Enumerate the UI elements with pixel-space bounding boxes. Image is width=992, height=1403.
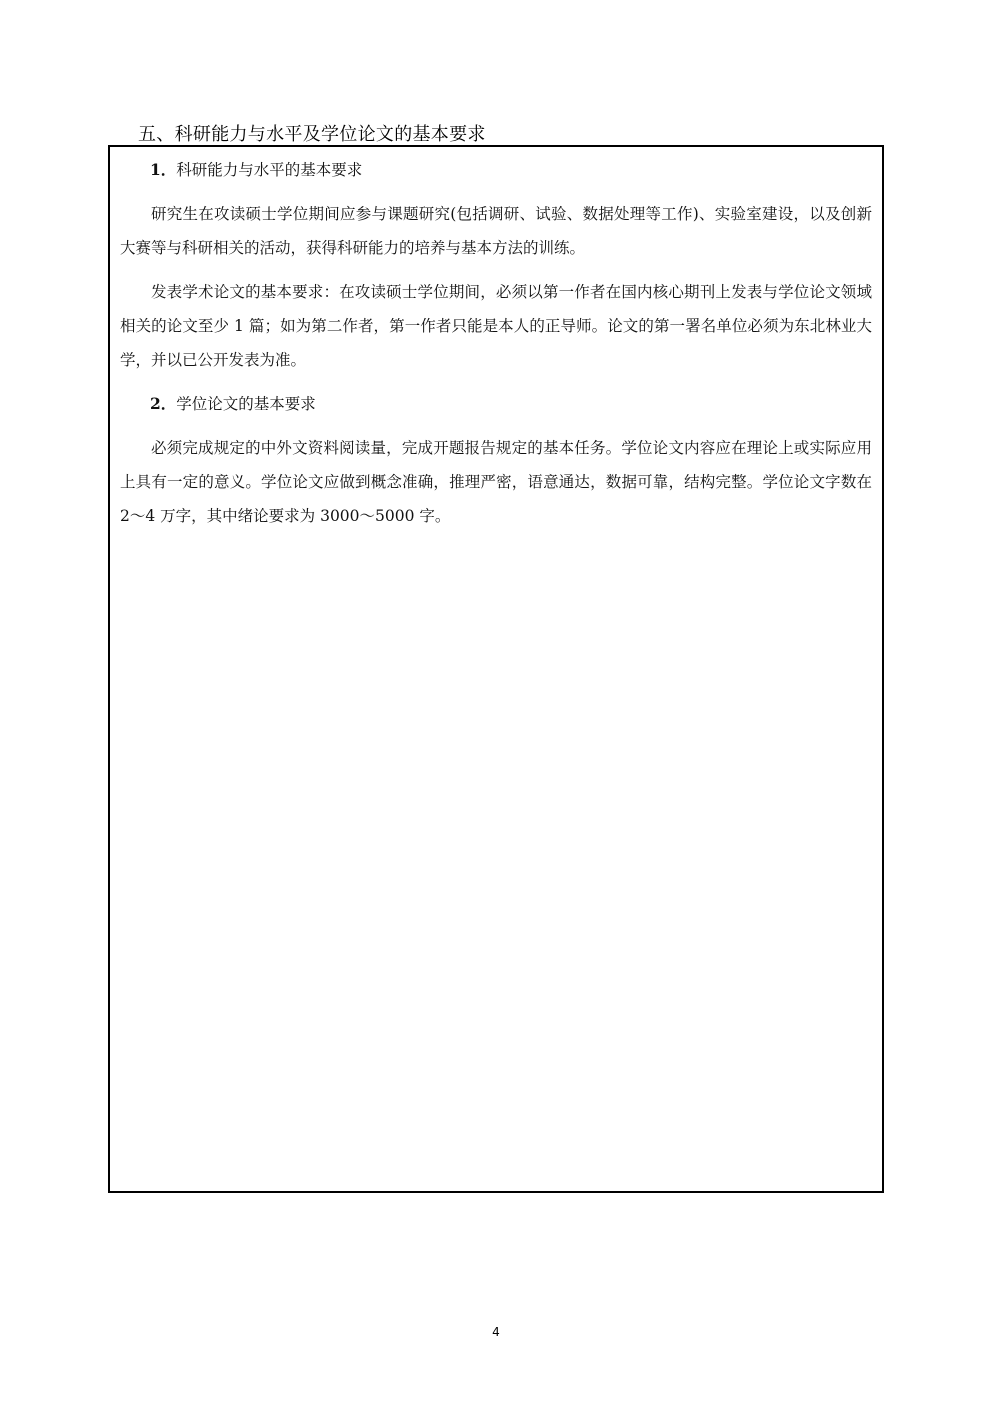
subsection-1-paragraph-2: 发表学术论文的基本要求：在攻读硕士学位期间，必须以第一作者在国内核心期刊上发表与… [120, 275, 872, 377]
content-box: 1．科研能力与水平的基本要求 研究生在攻读硕士学位期间应参与课题研究(包括调研、… [108, 145, 884, 1193]
subsection-1-paragraph-1: 研究生在攻读硕士学位期间应参与课题研究(包括调研、试验、数据处理等工作)、实验室… [120, 197, 872, 265]
subsection-1-heading: 1．科研能力与水平的基本要求 [150, 153, 850, 187]
subsection-2-title: 学位论文的基本要求 [176, 395, 316, 413]
subsection-2-heading: 2．学位论文的基本要求 [150, 387, 850, 421]
section-title: 五、科研能力与水平及学位论文的基本要求 [138, 120, 486, 146]
subsection-2-number: 2． [150, 394, 176, 413]
subsection-2-paragraph-1: 必须完成规定的中外文资料阅读量，完成开题报告规定的基本任务。学位论文内容应在理论… [120, 431, 872, 533]
subsection-1-title: 科研能力与水平的基本要求 [176, 161, 362, 179]
page-number: 4 [0, 1325, 992, 1339]
subsection-1-number: 1． [150, 160, 176, 179]
